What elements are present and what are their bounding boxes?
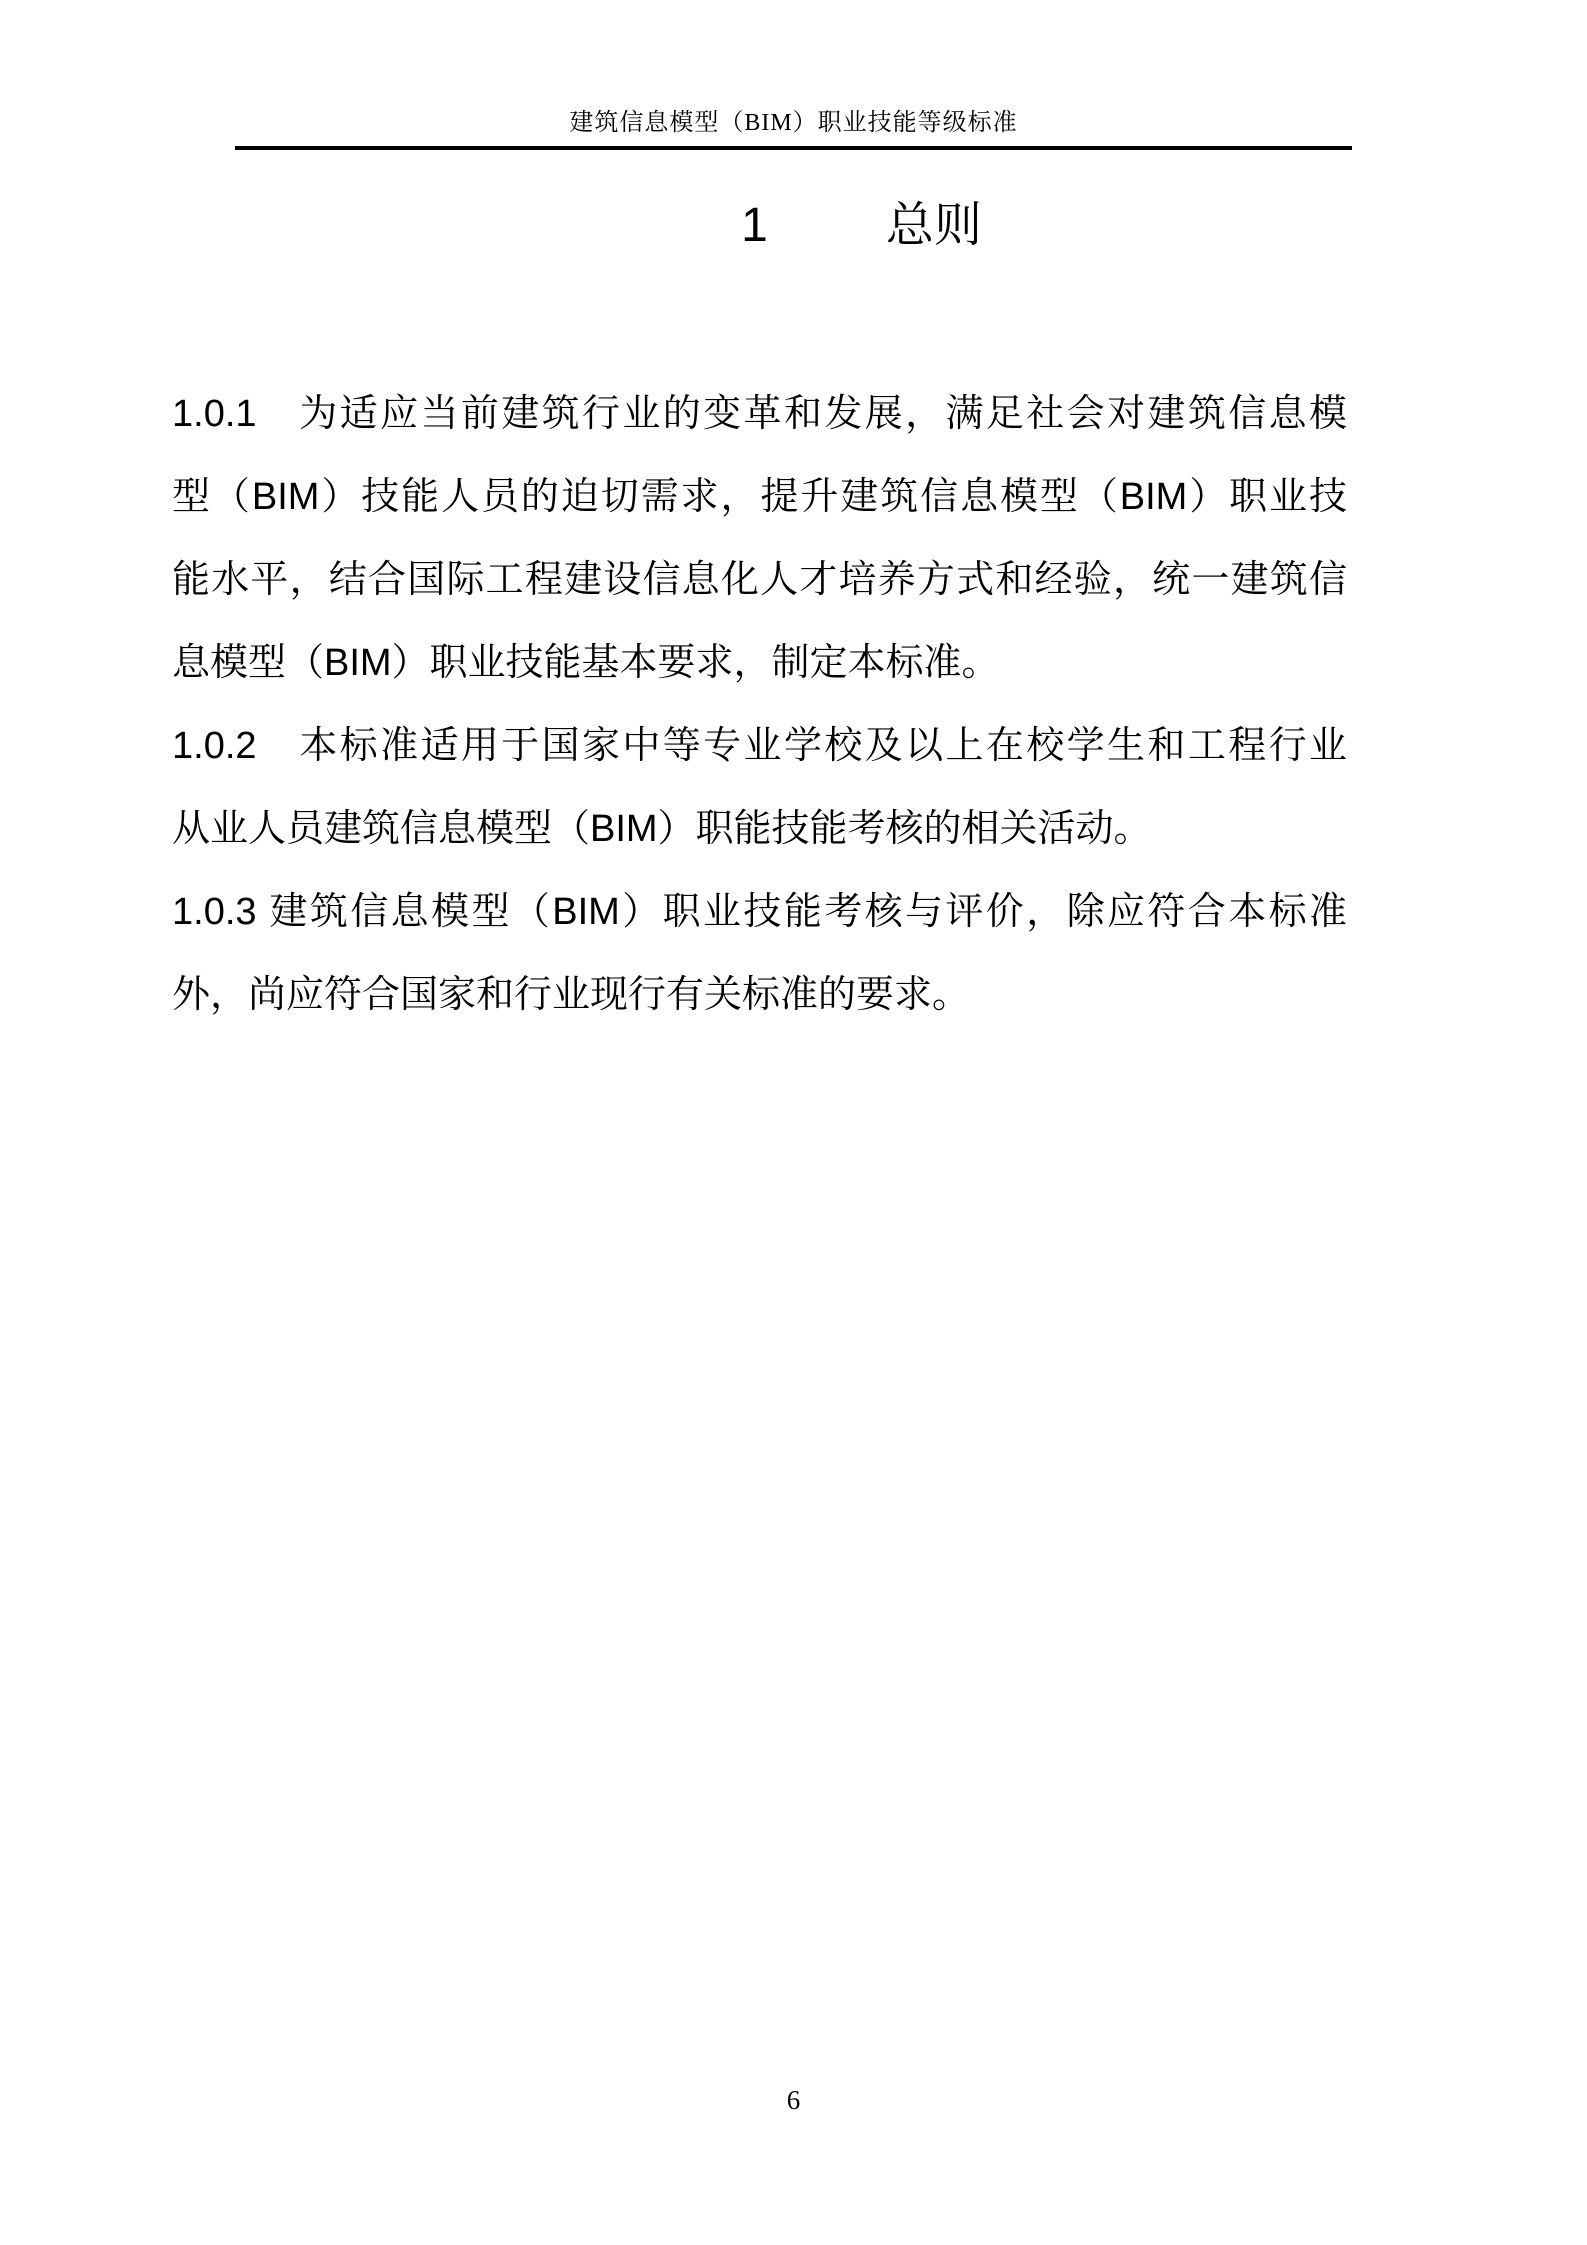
chapter-heading: 1总则 <box>0 194 1587 258</box>
body-text-block: 1.0.1 为适应当前建筑行业的变革和发展，满足社会对建筑信息模 型（BIM）技… <box>172 373 1347 1037</box>
running-header-title: 建筑信息模型（BIM）职业技能等级标准 <box>0 108 1587 138</box>
header-rule <box>235 146 1352 150</box>
document-page: 建筑信息模型（BIM）职业技能等级标准 1总则 1.0.1 为适应当前建筑行业的… <box>0 0 1587 2245</box>
clause-1-0-1-line-4: 息模型（BIM）职业技能基本要求，制定本标准。 <box>172 622 1347 705</box>
clause-1-0-3-line-1: 1.0.3 建筑信息模型（BIM）职业技能考核与评价，除应符合本标准 <box>172 871 1347 954</box>
clause-1-0-2-line-2: 从业人员建筑信息模型（BIM）职能技能考核的相关活动。 <box>172 788 1347 871</box>
chapter-title-text: 总则 <box>818 194 982 258</box>
chapter-number: 1 <box>673 194 768 258</box>
clause-1-0-3-line-2: 外，尚应符合国家和行业现行有关标准的要求。 <box>172 954 1347 1037</box>
page-number: 6 <box>787 2085 801 2115</box>
clause-1-0-1-line-2: 型（BIM）技能人员的迫切需求，提升建筑信息模型（BIM）职业技 <box>172 456 1347 539</box>
clause-1-0-1-line-1: 1.0.1 为适应当前建筑行业的变革和发展，满足社会对建筑信息模 <box>172 373 1347 456</box>
clause-1-0-2-line-1: 1.0.2 本标准适用于国家中等专业学校及以上在校学生和工程行业 <box>172 705 1347 788</box>
page-footer: 6 <box>0 2084 1587 2116</box>
clause-1-0-1-line-3: 能水平，结合国际工程建设信息化人才培养方式和经验，统一建筑信 <box>172 539 1347 622</box>
